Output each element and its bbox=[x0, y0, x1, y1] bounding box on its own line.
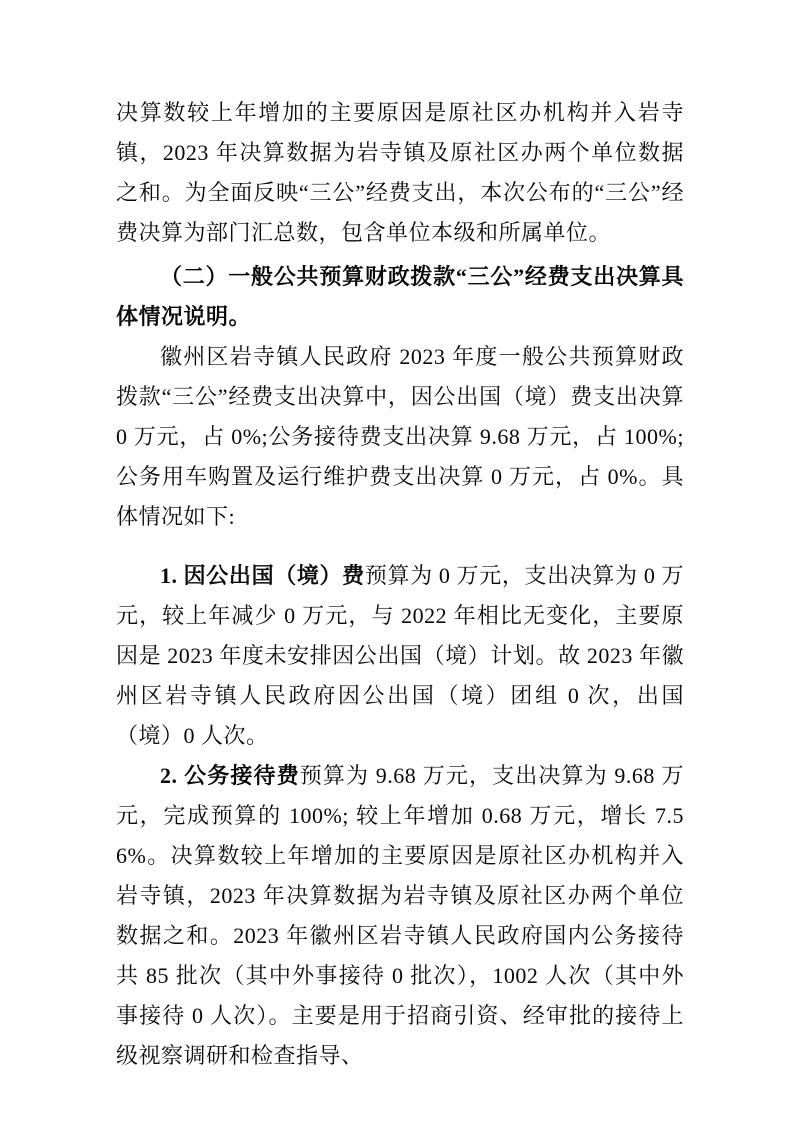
item-outbound-lead: 1. 因公出国（境）费 bbox=[160, 563, 365, 588]
paragraph-overview: 徽州区岩寺镇人民政府 2023 年度一般公共预算财政拨款“三公”经费支出决算中，… bbox=[116, 337, 684, 537]
item-reception-text: 预算为 9.68 万元，支出决算为 9.68 万元，完成预算的 100%; 较上… bbox=[116, 763, 684, 1068]
item-reception-lead: 2. 公务接待费 bbox=[160, 763, 300, 788]
paragraph-item-official-reception: 2. 公务接待费预算为 9.68 万元，支出决算为 9.68 万元，完成预算的 … bbox=[116, 756, 684, 1076]
document-page: 决算数较上年增加的主要原因是原社区办机构并入岩寺镇，2023 年决算数据为岩寺镇… bbox=[0, 0, 793, 1122]
paragraph-continuation: 决算数较上年增加的主要原因是原社区办机构并入岩寺镇，2023 年决算数据为岩寺镇… bbox=[116, 93, 684, 253]
document-content: 决算数较上年增加的主要原因是原社区办机构并入岩寺镇，2023 年决算数据为岩寺镇… bbox=[116, 93, 684, 1076]
section-heading: （二）一般公共预算财政拨款“三公”经费支出决算具体情况说明。 bbox=[116, 257, 684, 337]
item-outbound-text: 预算为 0 万元，支出决算为 0 万元，较上年减少 0 万元，与 2022 年相… bbox=[116, 563, 684, 748]
paragraph-item-outbound-visits: 1. 因公出国（境）费预算为 0 万元，支出决算为 0 万元，较上年减少 0 万… bbox=[116, 556, 684, 756]
